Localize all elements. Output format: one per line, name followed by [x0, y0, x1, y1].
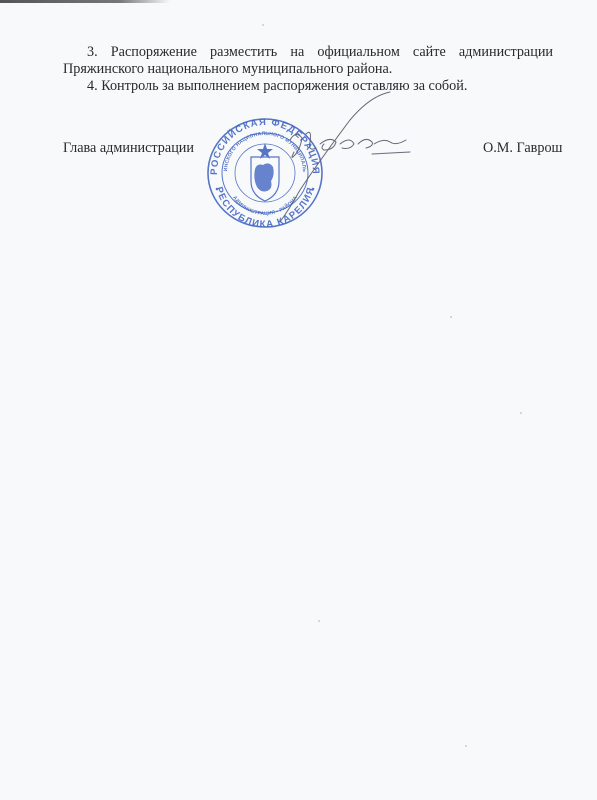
scan-speck — [450, 316, 452, 318]
scan-speck — [262, 24, 264, 26]
signatory-title: Глава администрации — [63, 140, 194, 157]
scan-speck — [318, 620, 320, 622]
signatory-name: О.М. Гаврош — [483, 140, 562, 157]
paragraph-3-line-1: 3. Распоряжение разместить на официально… — [63, 44, 553, 61]
paragraph-3: 3. Распоряжение разместить на официально… — [63, 44, 553, 78]
scan-speck — [465, 745, 467, 747]
handwritten-signature-icon — [250, 90, 420, 230]
scan-speck — [520, 412, 522, 414]
document-page: 3. Распоряжение разместить на официально… — [0, 0, 597, 800]
paragraph-3-line-2: Пряжинского национального муниципального… — [63, 61, 392, 77]
